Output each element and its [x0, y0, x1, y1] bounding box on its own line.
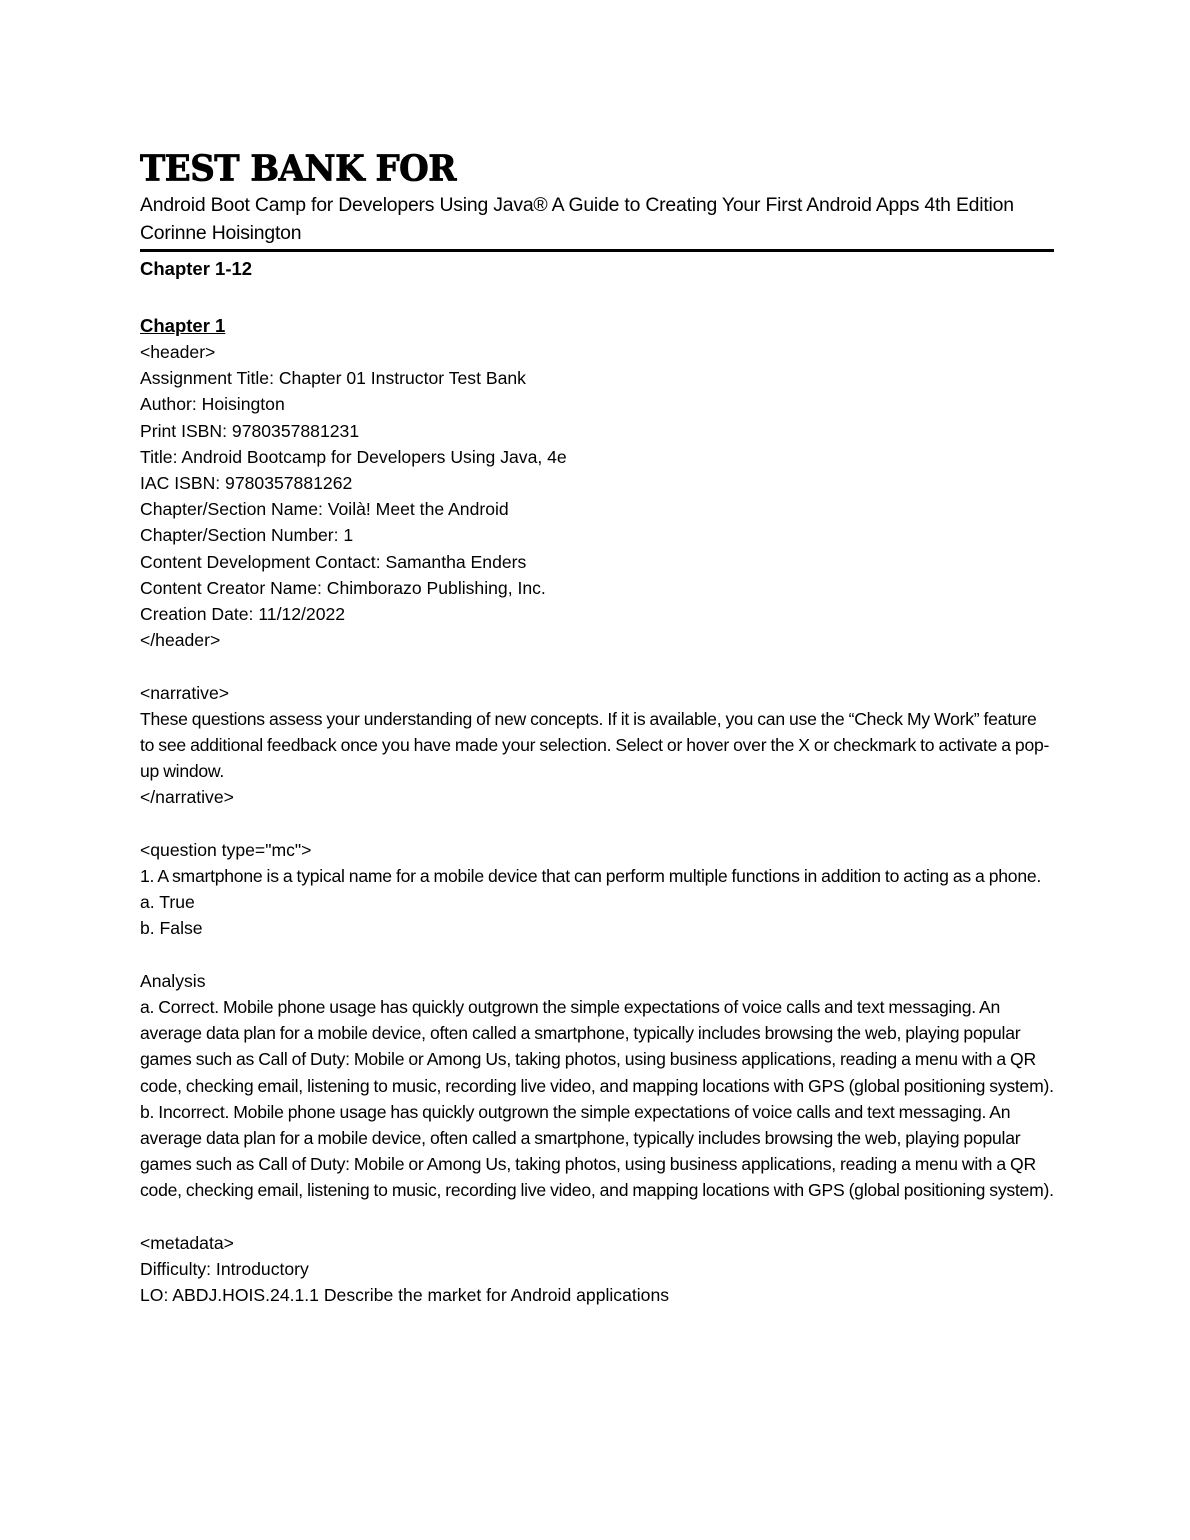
spacer — [140, 653, 1054, 679]
metadata-line: Difficulty: Introductory — [140, 1256, 1054, 1282]
spacer — [140, 1204, 1054, 1230]
narrative-open-tag: <narrative> — [140, 680, 1054, 706]
narrative-block: <narrative> These questions assess your … — [140, 680, 1054, 811]
spacer — [140, 942, 1054, 968]
document-page: TEST BANK FOR Android Boot Camp for Deve… — [140, 148, 1054, 1308]
narrative-close-tag: </narrative> — [140, 784, 1054, 810]
analysis-label: Analysis — [140, 968, 1054, 994]
header-line: Title: Android Bootcamp for Developers U… — [140, 444, 1054, 470]
question-open-tag: <question type="mc"> — [140, 837, 1054, 863]
header-line: Creation Date: 11/12/2022 — [140, 601, 1054, 627]
spacer — [140, 811, 1054, 837]
title-divider — [140, 249, 1054, 252]
header-line: IAC ISBN: 9780357881262 — [140, 470, 1054, 496]
chapter-range: Chapter 1-12 — [140, 256, 1054, 282]
analysis-item: a. Correct. Mobile phone usage has quick… — [140, 994, 1054, 1099]
header-block: <header> Assignment Title: Chapter 01 In… — [140, 339, 1054, 653]
narrative-text: These questions assess your understandin… — [140, 706, 1054, 785]
metadata-open-tag: <metadata> — [140, 1230, 1054, 1256]
answer-option: b. False — [140, 915, 1054, 941]
header-close-tag: </header> — [140, 627, 1054, 653]
header-line: Content Creator Name: Chimborazo Publish… — [140, 575, 1054, 601]
document-title: TEST BANK FOR — [140, 148, 1054, 190]
answer-option: a. True — [140, 889, 1054, 915]
question-block: <question type="mc"> 1. A smartphone is … — [140, 837, 1054, 1204]
metadata-line: LO: ABDJ.HOIS.24.1.1 Describe the market… — [140, 1282, 1054, 1308]
analysis-item: b. Incorrect. Mobile phone usage has qui… — [140, 1099, 1054, 1204]
header-line: Print ISBN: 9780357881231 — [140, 418, 1054, 444]
metadata-block: <metadata> Difficulty: Introductory LO: … — [140, 1230, 1054, 1309]
header-line: Author: Hoisington — [140, 391, 1054, 417]
header-line: Chapter/Section Name: Voilà! Meet the An… — [140, 496, 1054, 522]
header-line: Content Development Contact: Samantha En… — [140, 549, 1054, 575]
header-line: Assignment Title: Chapter 01 Instructor … — [140, 365, 1054, 391]
chapter-heading: Chapter 1 — [140, 313, 1054, 339]
header-open-tag: <header> — [140, 339, 1054, 365]
header-line: Chapter/Section Number: 1 — [140, 522, 1054, 548]
question-stem: 1. A smartphone is a typical name for a … — [140, 863, 1054, 889]
document-subtitle: Android Boot Camp for Developers Using J… — [140, 191, 1054, 247]
